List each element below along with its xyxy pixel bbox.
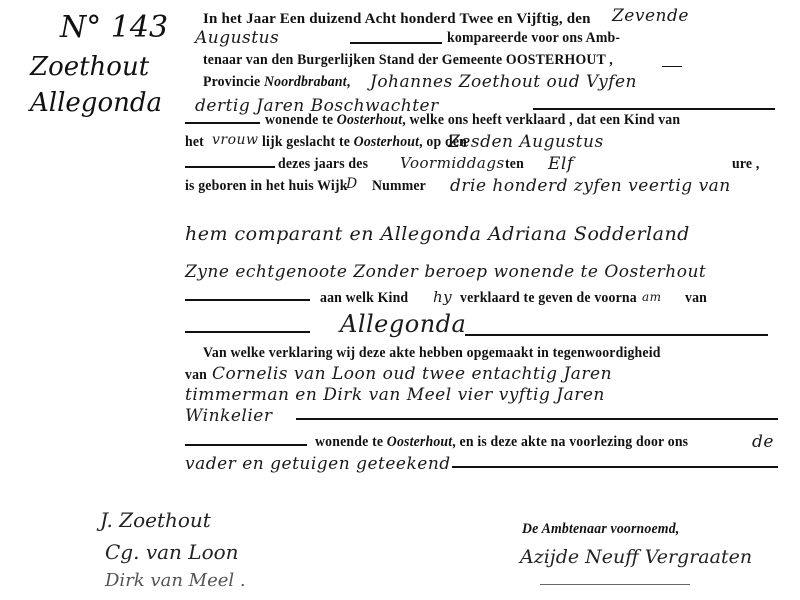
fill-line (452, 466, 778, 468)
handwritten-de: de (752, 432, 774, 452)
handwritten-daypart: Voormiddags (400, 154, 505, 172)
printed-text: is geboren in het huis Wijk (185, 178, 348, 195)
handwritten-birth-date: Zesden Augustus (448, 132, 604, 152)
place-name: Oosterhout (337, 112, 402, 128)
handwritten-wijk: D (346, 176, 358, 192)
printed-label: het (185, 134, 204, 150)
fill-line (296, 418, 778, 420)
handwritten-mother: hem comparant en Allegonda Adriana Sodde… (185, 223, 690, 245)
printed-text: Nummer (372, 178, 426, 195)
signature-witness-1: Cg. van Loon (105, 540, 239, 564)
handwritten-month: Augustus (195, 28, 279, 48)
handwritten-witness-2: timmerman en Dirk van Meel vier vyftig J… (185, 385, 605, 405)
printed-text: van (185, 367, 207, 384)
fill-line (185, 331, 310, 333)
fill-line (465, 334, 768, 336)
signature-flourish (540, 584, 690, 585)
printed-text: ure , (732, 156, 759, 173)
printed-label: lijk geslacht te (262, 134, 350, 150)
fill-line (185, 122, 260, 124)
printed-label: wonende te (315, 434, 383, 450)
record-number: N° 143 (60, 10, 168, 45)
margin-given-name: Allegonda (30, 88, 162, 118)
handwritten-suffix: am (642, 290, 662, 304)
place-name: Oosterhout (387, 434, 452, 450)
printed-text: het (185, 134, 204, 151)
handwritten-father: Johannes Zoethout oud Vyfen (370, 72, 637, 92)
place-name: Oosterhout (354, 134, 419, 150)
fill-line (185, 299, 310, 301)
handwritten-mother-details: Zyne echtgenoote Zonder beroep wonende t… (185, 262, 706, 282)
fill-line (185, 444, 307, 446)
handwritten-day: Zevende (612, 6, 689, 26)
handwritten-child-name: Allegonda (340, 310, 466, 338)
handwritten-hour: Elf (548, 154, 574, 174)
printed-text: tenaar van den Burgerlijken Stand der Ge… (203, 52, 613, 69)
signature-official: Azijde Neuff Vergraaten (520, 546, 752, 568)
line-0: In het Jaar Een duizend Acht honderd Twe… (203, 8, 591, 28)
printed-text: Provincie Noordbrabant, (203, 74, 350, 91)
printed-text: wonende te Oosterhout, en is deze akte n… (315, 434, 688, 451)
handwritten-witness-occupation: Winkelier (185, 406, 272, 426)
printed-label: , welke ons heeft verklaard , dat een Ki… (402, 112, 680, 128)
printed-comma: , (347, 74, 351, 90)
printed-label: wonende te (265, 112, 333, 128)
printed-text: van (685, 290, 707, 307)
handwritten-witness-1: Cornelis van Loon oud twee entachtig Jar… (212, 364, 612, 384)
margin-surname: Zoethout (30, 52, 149, 82)
printed-label: Provincie (203, 74, 260, 90)
signature-father: J. Zoethout (100, 508, 211, 532)
fill-line (350, 42, 442, 44)
official-label: De Ambtenaar voornoemd, (522, 521, 679, 538)
printed-text: ten (505, 156, 524, 173)
printed-text: lijk geslacht te Oosterhout, op den (262, 134, 467, 151)
fill-line (533, 108, 775, 110)
handwritten-signed: vader en getuigen geteekend (185, 454, 451, 474)
handwritten-gender: vrouw (212, 132, 259, 148)
province-name: Noordbrabant (264, 74, 347, 90)
signature-witness-2: Dirk van Meel . (105, 570, 246, 591)
printed-text: kompareerde voor ons Amb- (447, 30, 620, 47)
fill-line (185, 166, 275, 168)
printed-text: verklaard te geven de voorna (460, 290, 637, 307)
printed-text: wonende te Oosterhout, welke ons heeft v… (265, 112, 680, 129)
printed-text: dezes jaars des (278, 156, 368, 173)
handwritten-house-number: drie honderd zyfen veertig van (450, 176, 731, 196)
fill-line (662, 66, 682, 67)
printed-text: Van welke verklaring wij deze akte hebbe… (203, 345, 661, 362)
printed-text: aan welk Kind (320, 290, 408, 307)
printed-label: , en is deze akte na voorlezing door ons (452, 434, 688, 450)
printed-text: In het Jaar Een duizend Acht honderd Twe… (203, 11, 591, 27)
handwritten-pronoun: hy (433, 288, 452, 306)
